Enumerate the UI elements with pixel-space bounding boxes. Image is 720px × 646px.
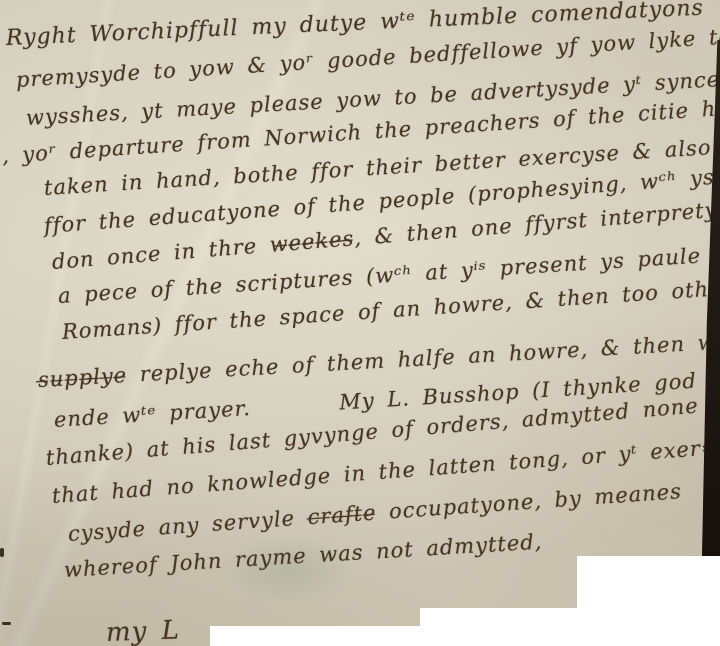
edge-speck xyxy=(2,622,11,625)
manuscript-line-fragment: my L xyxy=(105,615,180,646)
manuscript-scan: Ryght Worchipffull my dutye wᵗᵉ humble c… xyxy=(0,0,720,646)
scan-cutout xyxy=(210,626,720,646)
edge-speck xyxy=(0,548,4,557)
